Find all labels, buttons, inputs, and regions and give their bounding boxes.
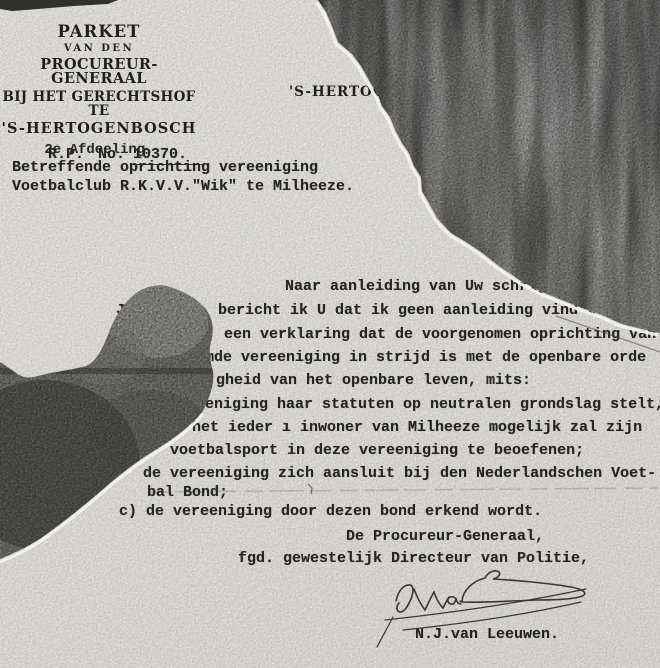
body-line-fragment: Naar aanleiding van Uw schrij <box>285 278 546 296</box>
body-line-fragment: - <box>180 417 189 435</box>
closing-deputy-line: fgd. gewestelijk Directeur van Politie, <box>238 550 589 568</box>
place-date-fragment: 'S-HERTOG <box>289 84 385 100</box>
letterhead-procureur: PROCUREUR-GENERAAL <box>0 58 198 86</box>
subject-line: Betreffende oprichting vereeniging <box>12 159 318 177</box>
body-line-fragment: het ieder ı inwoner van Milheeze mogelij… <box>192 419 642 437</box>
body-line-fragment: eniging haar statuten op neutralen grond… <box>205 396 660 414</box>
scanned-letter-page: PARKET VAN DEN PROCUREUR-GENERAAL BIJ HE… <box>0 0 660 668</box>
body-line-fragment: c) de vereeniging door dezen bond erkend… <box>119 503 542 521</box>
body-line-fragment: mde vereeniging in strijd is met de open… <box>205 349 646 367</box>
subject-line: Voetbalclub R.K.V.V."Wik" te Milheeze. <box>12 178 354 196</box>
body-line-fragment: gheid van het openbare leven, mits: <box>216 372 531 390</box>
body-line-fragment: de vereeniging zich aansluit bij den Ned… <box>143 465 656 483</box>
letterhead-office: PARKET <box>0 24 198 40</box>
body-line-fragment: voetbalsport in deze vereeniging te beoe… <box>170 442 584 460</box>
signer-name: N.J.van Leeuwen. <box>415 626 559 644</box>
body-line-fragment: een verklaring dat de voorgenomen oprich… <box>224 326 656 344</box>
letterhead-van-den: VAN DEN <box>0 44 198 54</box>
body-line-fragment: Ju <box>116 302 134 320</box>
closing-role-line: De Procureur-Generaal, <box>346 528 544 546</box>
ink-speck <box>466 227 469 230</box>
pencil-tick-mark <box>308 484 312 494</box>
letterhead-court: BIJ HET GERECHTSHOF TE <box>0 90 198 118</box>
top-edge-smudge <box>0 0 118 11</box>
body-line-fragment: bal Bond; <box>147 484 228 502</box>
body-line-fragment: bericht ik U dat ik geen aanleiding vind… <box>218 302 605 320</box>
